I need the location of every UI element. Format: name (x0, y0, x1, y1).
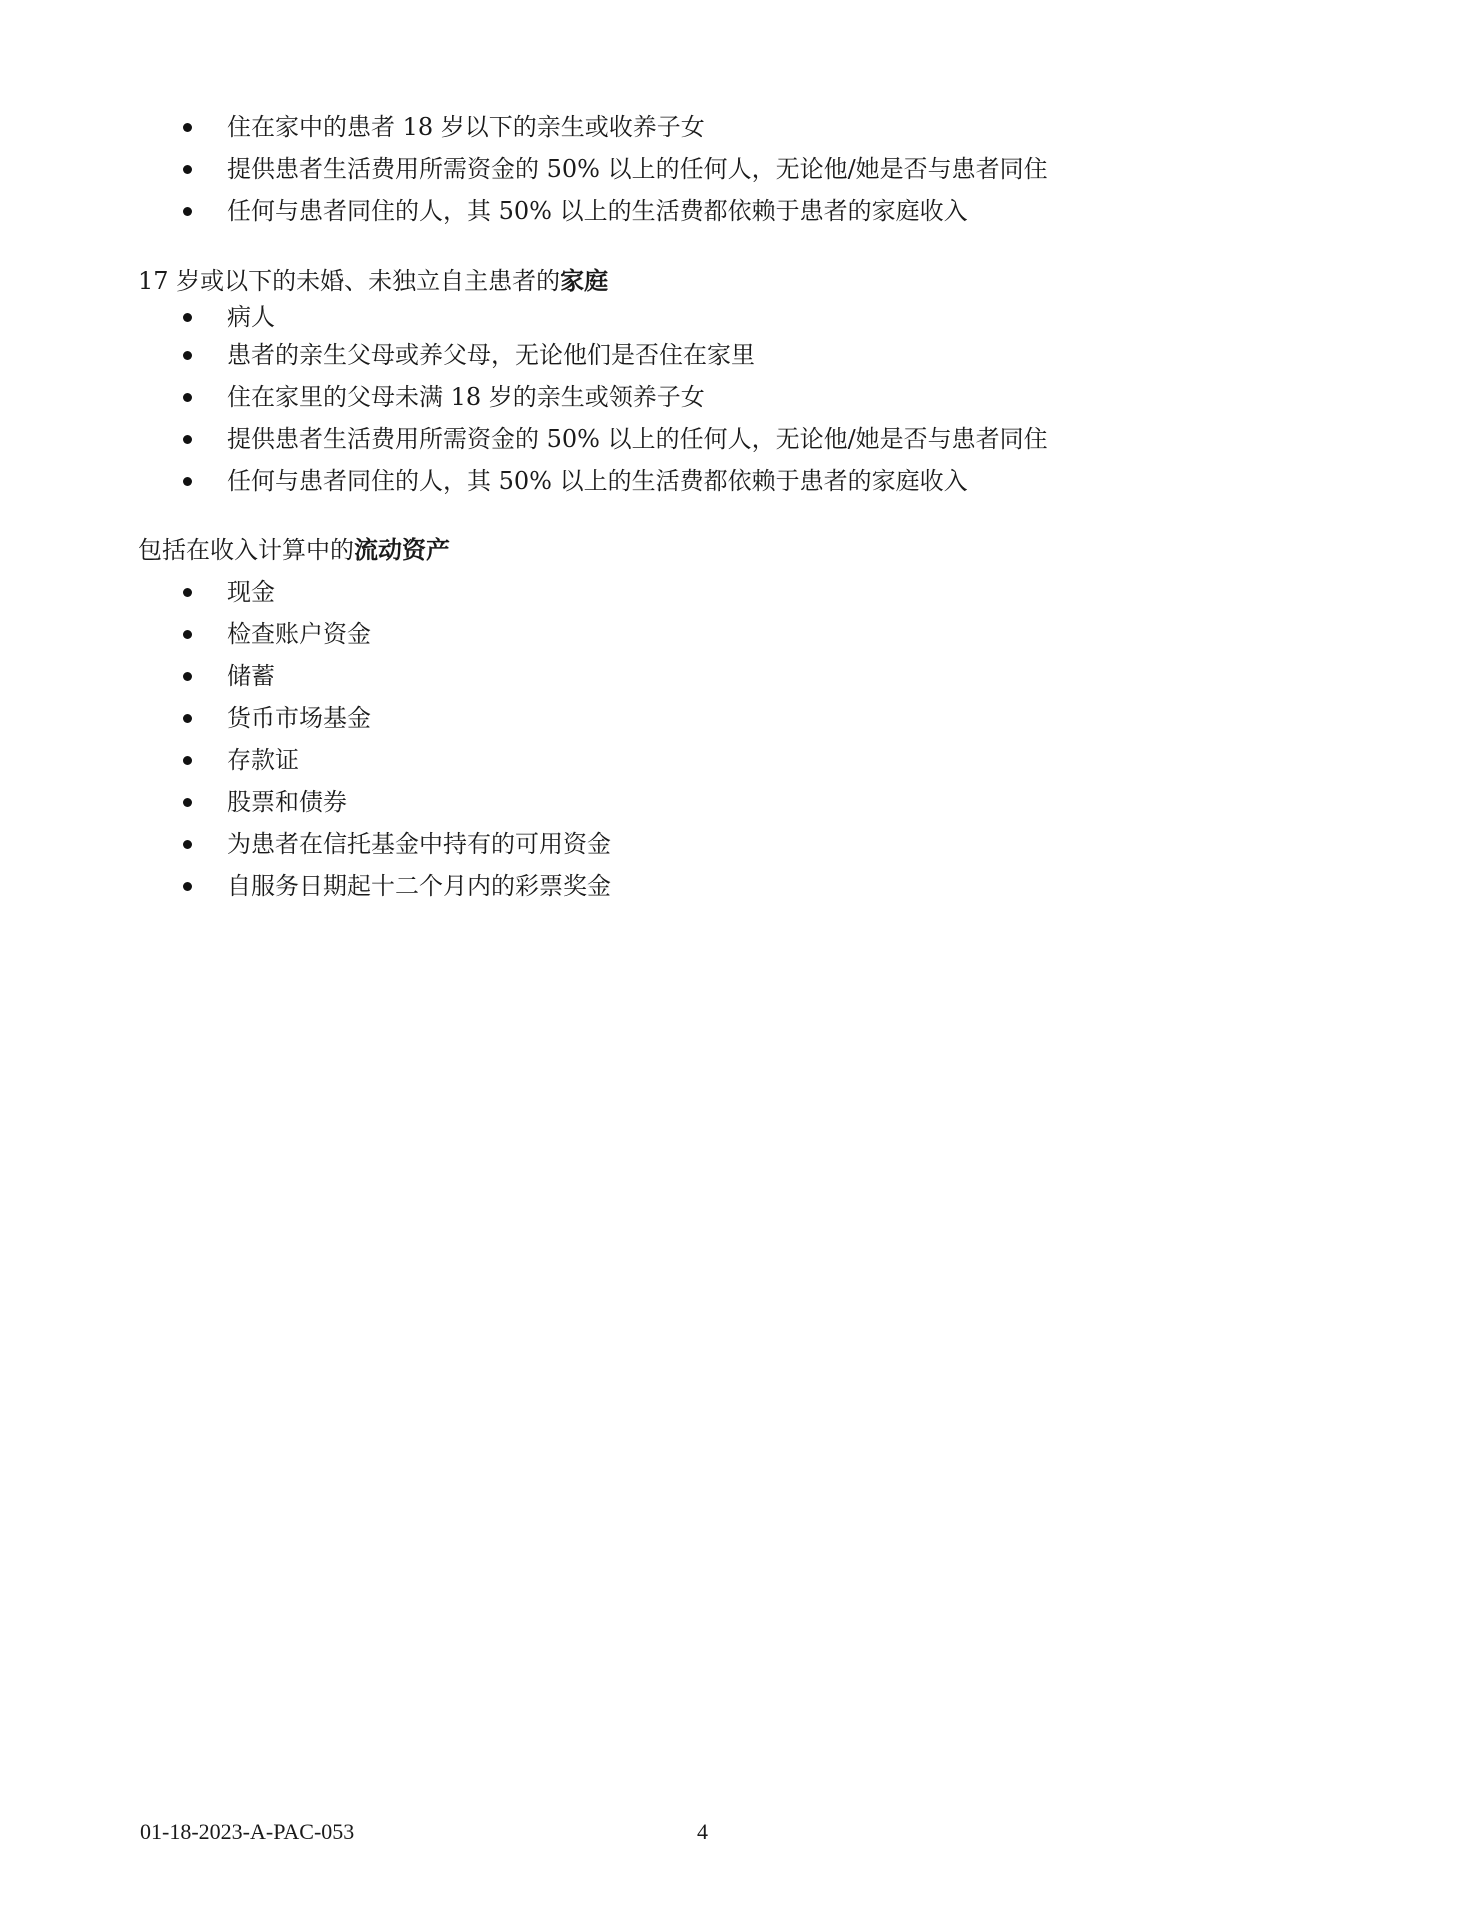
list-item-text: 货币市场基金 (227, 702, 371, 734)
list-item-text: 住在家中的患者 18 岁以下的亲生或收养子女 (227, 111, 705, 143)
list-item-text: 任何与患者同住的人，其 50% 以上的生活费都依赖于患者的家庭收入 (227, 195, 968, 227)
list-item-text: 股票和债券 (227, 786, 347, 818)
bullet-icon (183, 351, 192, 360)
heading-bold-term: 流动资产 (354, 536, 450, 564)
heading-text: 包括在收入计算中的 (138, 536, 354, 564)
list-item-text: 自服务日期起十二个月内的彩票奖金 (227, 870, 611, 902)
bullet-icon (183, 798, 192, 807)
bullet-icon (183, 756, 192, 765)
list-item-text: 存款证 (227, 744, 299, 776)
section-heading-minor-household: 17 岁或以下的未婚、未独立自主患者的家庭 (138, 265, 608, 297)
bullet-icon (183, 393, 192, 402)
footer-document-code: 01-18-2023-A-PAC-053 (140, 1817, 354, 1847)
bullet-icon (183, 207, 192, 216)
document-page: 住在家中的患者 18 岁以下的亲生或收养子女 提供患者生活费用所需资金的 50%… (0, 0, 1484, 1920)
bullet-icon (183, 714, 192, 723)
bullet-icon (183, 840, 192, 849)
bullet-icon (183, 123, 192, 132)
bullet-icon (183, 672, 192, 681)
list-item-text: 检查账户资金 (227, 618, 371, 650)
list-item-text: 储蓄 (227, 660, 275, 692)
footer-page-number: 4 (697, 1817, 708, 1847)
list-item-text: 为患者在信托基金中持有的可用资金 (227, 828, 611, 860)
bullet-icon (183, 435, 192, 444)
bullet-icon (183, 630, 192, 639)
bullet-icon (183, 477, 192, 486)
list-item-text: 病人 (227, 301, 275, 333)
list-item-text: 住在家里的父母未满 18 岁的亲生或领养子女 (227, 381, 705, 413)
bullet-icon (183, 882, 192, 891)
list-item-text: 任何与患者同住的人，其 50% 以上的生活费都依赖于患者的家庭收入 (227, 465, 968, 497)
list-item-text: 提供患者生活费用所需资金的 50% 以上的任何人，无论他/她是否与患者同住 (227, 153, 1048, 185)
bullet-icon (183, 588, 192, 597)
list-item-text: 现金 (227, 576, 275, 608)
bullet-icon (183, 313, 192, 322)
heading-text: 17 岁或以下的未婚、未独立自主患者的 (138, 267, 560, 295)
bullet-icon (183, 165, 192, 174)
list-item-text: 提供患者生活费用所需资金的 50% 以上的任何人，无论他/她是否与患者同住 (227, 423, 1048, 455)
section-heading-liquid-assets: 包括在收入计算中的流动资产 (138, 534, 450, 566)
list-item-text: 患者的亲生父母或养父母，无论他们是否住在家里 (227, 339, 755, 371)
heading-bold-term: 家庭 (560, 267, 608, 295)
